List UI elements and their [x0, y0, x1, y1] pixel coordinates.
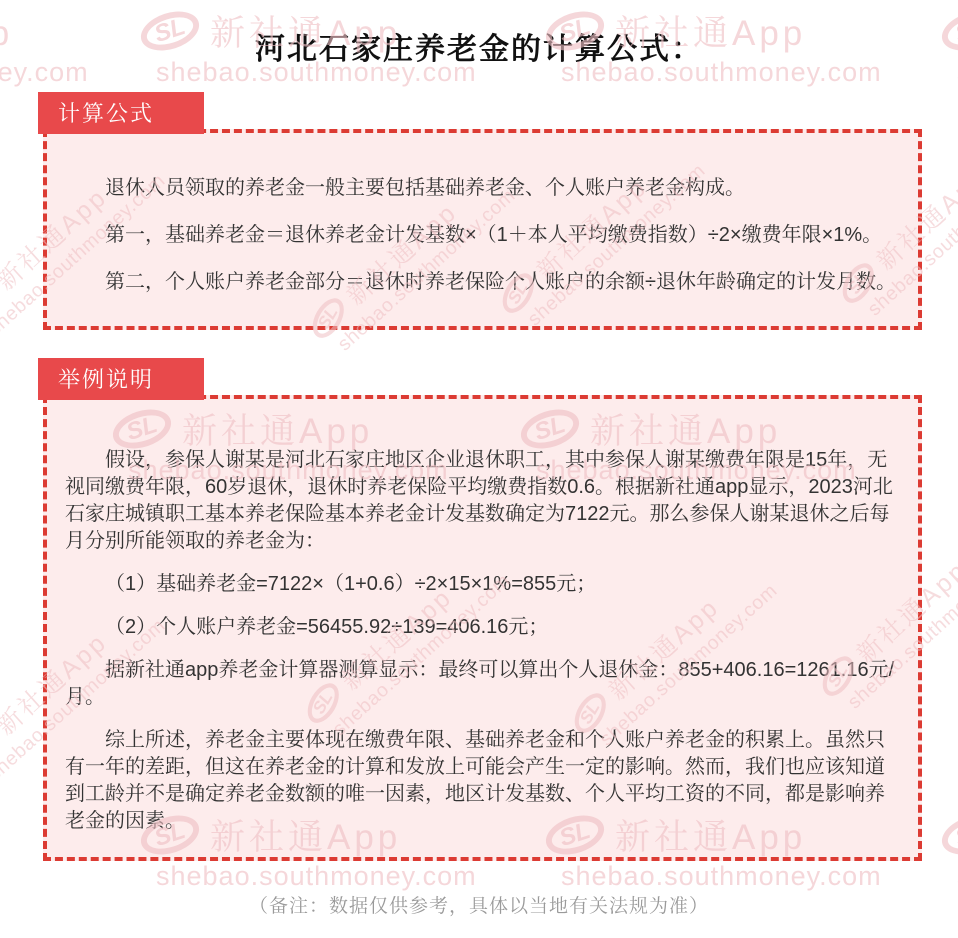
formula-paragraph: 第一，基础养老金＝退休养老金计发基数×（1＋本人平均缴费指数）÷2×缴费年限×1… — [65, 222, 900, 249]
section-label-formula: 计算公式 — [38, 92, 204, 134]
footer-note: （备注：数据仅供参考，具体以当地有关法规为准） — [0, 891, 958, 918]
example-paragraph: 据新社通app养老金计算器测算显示：最终可以算出个人退休金：855+406.16… — [65, 657, 900, 711]
formula-box: 退休人员领取的养老金一般主要包括基础养老金、个人账户养老金构成。 第一，基础养老… — [43, 129, 922, 330]
page-title: 河北石家庄养老金的计算公式： — [0, 0, 958, 68]
formula-paragraph: 第二，个人账户养老金部分＝退休时养老保险个人账户的余额÷退休年龄确定的计发月数。 — [65, 269, 900, 296]
example-paragraph: 假设，参保人谢某是河北石家庄地区企业退休职工，其中参保人谢某缴费年限是15年，无… — [65, 447, 900, 555]
article-content: 河北石家庄养老金的计算公式： 计算公式 退休人员领取的养老金一般主要包括基础养老… — [0, 0, 958, 918]
example-paragraph: （1）基础养老金=7122×（1+0.6）÷2×15×1%=855元； — [65, 571, 900, 598]
example-paragraph: （2）个人账户养老金=56455.92÷139=406.16元； — [65, 614, 900, 641]
article-page: SL 新社通App shebao.southmoney.com SL 新社通Ap… — [0, 0, 958, 938]
example-box: 假设，参保人谢某是河北石家庄地区企业退休职工，其中参保人谢某缴费年限是15年，无… — [43, 395, 922, 861]
section-label-example: 举例说明 — [38, 358, 204, 400]
example-paragraph: 综上所述，养老金主要体现在缴费年限、基础养老金和个人账户养老金的积累上。虽然只有… — [65, 727, 900, 835]
formula-paragraph: 退休人员领取的养老金一般主要包括基础养老金、个人账户养老金构成。 — [65, 175, 900, 202]
